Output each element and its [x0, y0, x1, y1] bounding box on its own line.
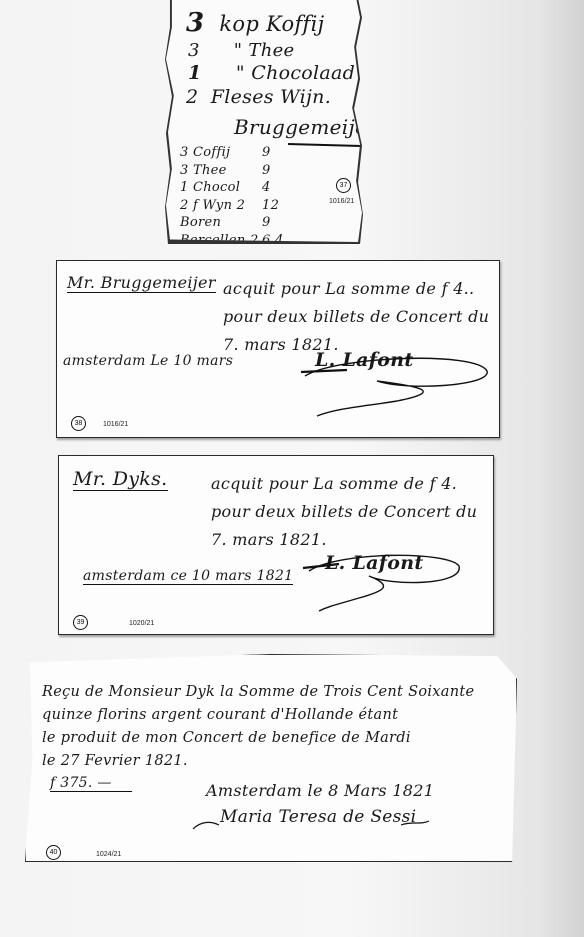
- catalog-number-badge: 38: [71, 416, 86, 431]
- catalog-reference: 1016/21: [329, 198, 354, 205]
- catalog-number-badge: 39: [73, 615, 88, 630]
- signature-flourish: [191, 815, 431, 835]
- receipt-body: Reçu de Monsieur Dyk la Somme de Trois C…: [42, 681, 474, 773]
- place-date: amsterdam Le 10 mars: [63, 353, 233, 369]
- signature-flourish: [299, 546, 469, 626]
- place-date: amsterdam ce 10 mars 1821: [83, 568, 293, 584]
- order-line: 3 kop Koffij: [186, 8, 324, 38]
- benefit-concert-receipt-40: Reçu de Monsieur Dyk la Somme de Trois C…: [25, 654, 517, 862]
- addressee: Mr. Bruggemeijer: [67, 273, 216, 292]
- catalog-reference: 1020/21: [129, 620, 154, 627]
- catalog-reference: 1024/21: [96, 851, 121, 858]
- tally-amounts: 9 9 4 12 9 6 4: [262, 144, 284, 249]
- tally-items: 3 Coffij 3 Thee 1 Chocol 2 f Wyn 2 Boren…: [180, 144, 259, 250]
- addressee: Mr. Dyks.: [73, 468, 168, 490]
- torn-order-note: 3 kop Koffij 3 " Thee 1 " Chocolaad 2 Fl…: [166, 0, 362, 242]
- order-line: 3 " Thee: [188, 40, 295, 61]
- order-line: 2 Fleses Wijn.: [186, 86, 331, 108]
- concert-receipt-38: Mr. Bruggemeijer acquit pour La somme de…: [56, 260, 500, 438]
- strike-line: [286, 138, 366, 150]
- order-line: 1 " Chocolaad: [188, 62, 355, 84]
- catalog-number-badge: 40: [46, 845, 61, 860]
- catalog-reference: 1016/21: [103, 421, 128, 428]
- amount: f 375. —: [50, 775, 132, 792]
- place-date: Amsterdam le 8 Mars 1821: [206, 781, 434, 800]
- concert-receipt-39: Mr. Dyks. acquit pour La somme de f 4. p…: [58, 455, 494, 635]
- signature-flourish: [297, 346, 497, 426]
- catalog-number-badge: 37: [336, 178, 351, 193]
- receipt-body: acquit pour La somme de f 4. pour deux b…: [211, 470, 477, 554]
